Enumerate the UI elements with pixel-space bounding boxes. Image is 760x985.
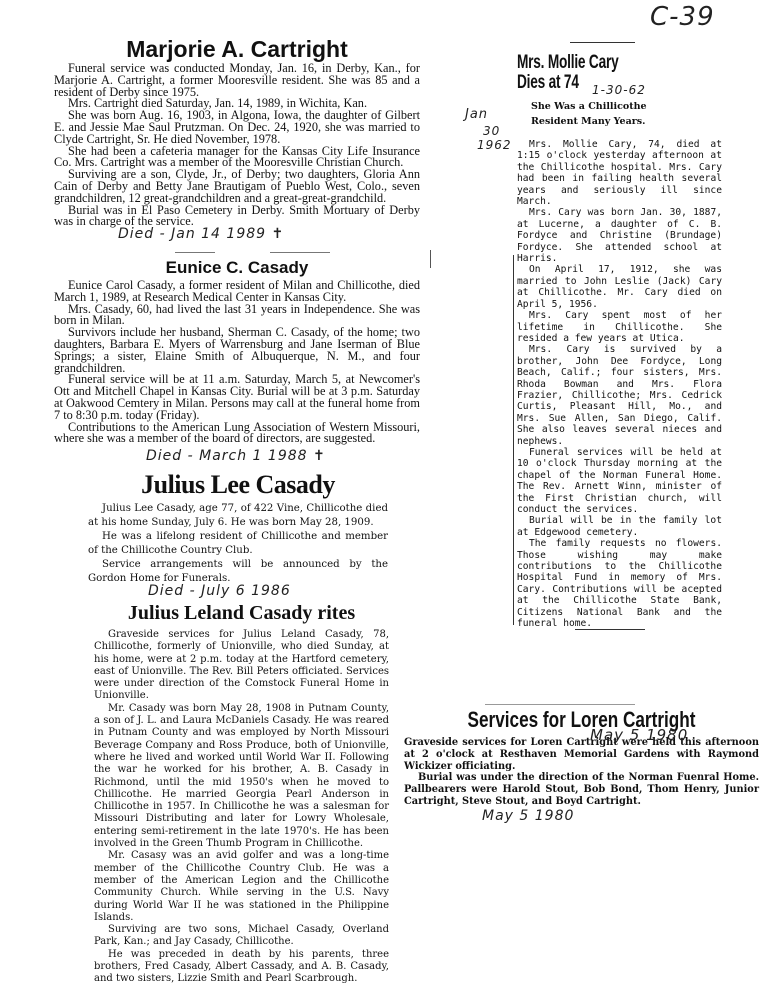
paragraph: Service arrangements will be announced b…	[88, 558, 388, 586]
paragraph: Funeral services will be held at 10 o'cl…	[517, 447, 722, 515]
paragraph: Survivors include her husband, Sherman C…	[54, 327, 420, 374]
paragraph: She was born Aug. 16, 1903, in Algona, I…	[54, 110, 420, 145]
handwritten-death-date: Died - July 6 1986	[148, 583, 291, 599]
side-mark	[430, 250, 431, 268]
obituary-body: Graveside services for Julius Leland Cas…	[94, 629, 389, 985]
headline: Julius Leland Casady rites	[94, 602, 389, 624]
paragraph: Mr. Casady was born May 28, 1908 in Putn…	[94, 703, 389, 851]
subheadline: She Was a Chillicothe Resident Many Year…	[531, 99, 661, 129]
headline: Eunice C. Casady	[54, 258, 420, 278]
page-label: C-39	[650, 2, 715, 32]
obituary-body: Graveside services for Loren Cartright w…	[404, 737, 759, 808]
paragraph: Graveside services for Julius Leland Cas…	[94, 629, 389, 703]
handwritten-date: 1-30-62	[592, 83, 646, 97]
paragraph: On April 17, 1912, she was married to Jo…	[517, 264, 722, 310]
paragraph: She had been a cafeteria manager for the…	[54, 146, 420, 170]
paragraph: Surviving are two sons, Michael Casady, …	[94, 924, 389, 949]
handwritten-margin-day: 30	[483, 124, 500, 138]
handwritten-death-date: May 5 1980	[482, 808, 574, 824]
obituary-body: Mrs. Mollie Cary, 74, died at 1:15 o'clo…	[517, 139, 722, 629]
paragraph: Eunice Carol Casady, a former resident o…	[54, 280, 420, 304]
divider	[570, 42, 635, 43]
paragraph: Mrs. Cary was born Jan. 30, 1887, at Luc…	[517, 207, 722, 264]
divider	[485, 704, 635, 705]
paragraph: Funeral service will be at 11 a.m. Satur…	[54, 374, 420, 421]
obituary-body: Funeral service was conducted Monday, Ja…	[54, 63, 420, 228]
paragraph: He was a lifelong resident of Chillicoth…	[88, 530, 388, 558]
paragraph: Julius Lee Casady, age 77, of 422 Vine, …	[88, 502, 388, 530]
paragraph: Mrs. Cary is survived by a brother, John…	[517, 344, 722, 447]
paragraph: Burial will be in the family lot at Edge…	[517, 515, 722, 538]
obituary-julius-lee-casady: Julius Lee Casady Julius Lee Casady, age…	[88, 470, 388, 586]
paragraph: Burial was under the direction of the No…	[404, 772, 759, 807]
divider	[575, 629, 645, 630]
obituary-loren-cartright: Services for Loren Cartright Graveside s…	[404, 708, 759, 808]
paragraph: Graveside services for Loren Cartright w…	[404, 737, 759, 772]
handwritten-margin-year: 1962	[477, 138, 512, 152]
obituary-eunice-casady: Eunice C. Casady Eunice Carol Casady, a …	[54, 258, 420, 445]
divider	[270, 252, 330, 253]
headline-line-1: Mrs. Mollie Cary	[517, 53, 665, 73]
handwritten-margin-month: Jan	[465, 107, 488, 122]
paragraph: Mrs. Casady, 60, had lived the last 31 y…	[54, 304, 420, 328]
handwritten-overlay-date: May 5 1980	[590, 726, 688, 744]
column-border	[513, 255, 514, 625]
paragraph: The family requests no flowers. Those wi…	[517, 538, 722, 629]
headline: Julius Lee Casady	[88, 470, 388, 500]
paragraph: Funeral service was conducted Monday, Ja…	[54, 63, 420, 98]
obituary-julius-leland-casady: Julius Leland Casady rites Graveside ser…	[94, 602, 389, 985]
paragraph: He was preceded in death by his parents,…	[94, 949, 389, 985]
paragraph: Mr. Casasy was an avid golfer and was a …	[94, 850, 389, 924]
paragraph: Burial was in El Paso Cemetery in Derby.…	[54, 205, 420, 229]
obituary-body: Julius Lee Casady, age 77, of 422 Vine, …	[88, 502, 388, 586]
paragraph: Mrs. Mollie Cary, 74, died at 1:15 o'clo…	[517, 139, 722, 207]
paragraph: Surviving are a son, Clyde, Jr., of Derb…	[54, 169, 420, 204]
obituary-body: Eunice Carol Casady, a former resident o…	[54, 280, 420, 445]
obituary-marjorie-cartright: Marjorie A. Cartright Funeral service wa…	[54, 36, 420, 228]
paragraph: Contributions to the American Lung Assoc…	[54, 422, 420, 446]
handwritten-death-date: Died - March 1 1988 ✝	[146, 448, 326, 464]
paragraph: Mrs. Cary spent most of her lifetime in …	[517, 310, 722, 344]
handwritten-death-date: Died - Jan 14 1989 ✝	[118, 226, 284, 242]
headline: Marjorie A. Cartright	[54, 36, 420, 62]
divider	[175, 252, 215, 253]
obituary-mollie-cary: Mrs. Mollie Cary Dies at 74 She Was a Ch…	[517, 53, 722, 629]
